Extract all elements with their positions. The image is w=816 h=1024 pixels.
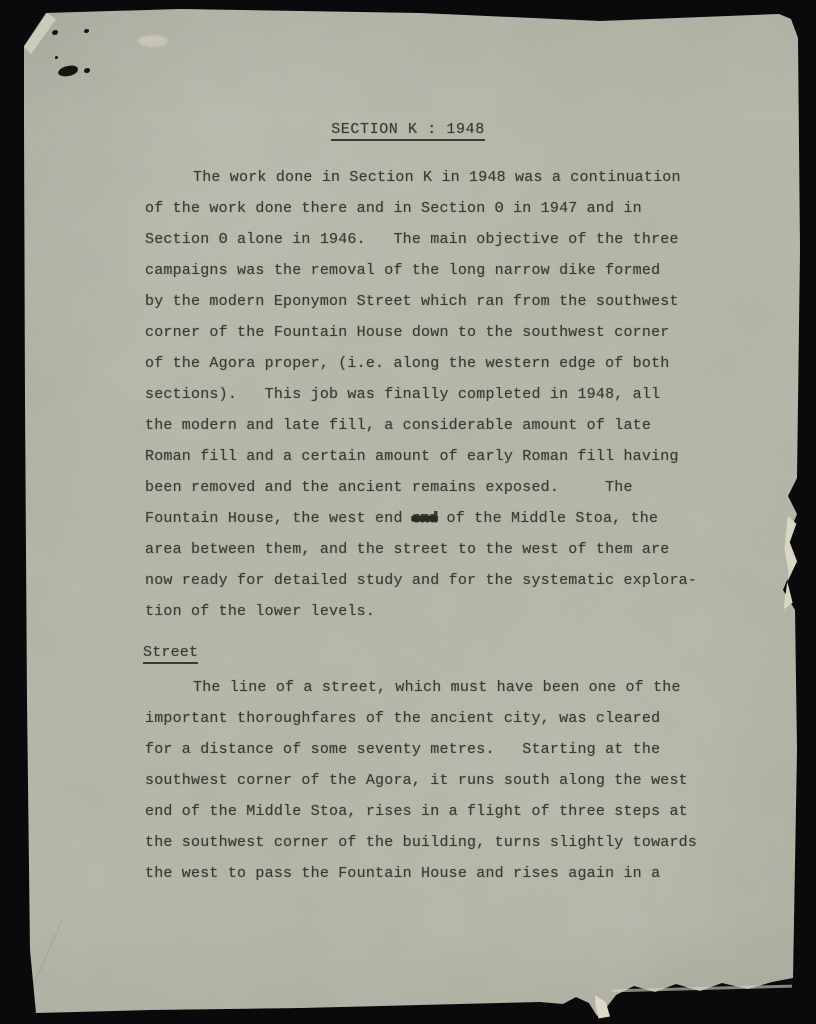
- street-heading: Street: [143, 644, 198, 661]
- typed-line: end of the Middle Stoa, rises in a fligh…: [145, 796, 697, 827]
- typed-line-with-correction: Fountain House, the west end end of the …: [145, 503, 697, 534]
- typed-text: Fountain House, the west end: [145, 510, 412, 527]
- ink-blob: [57, 65, 78, 78]
- typed-line: been removed and the ancient remains exp…: [145, 472, 697, 503]
- typed-line: important thoroughfares of the ancient c…: [145, 703, 697, 734]
- overtyped-word: end: [412, 510, 438, 527]
- typed-line: southwest corner of the Agora, it runs s…: [145, 765, 697, 796]
- paper-stain: [138, 35, 168, 47]
- typed-text: of the Middle Stoa, the: [437, 510, 658, 527]
- street-heading-text: Street: [143, 644, 198, 664]
- typed-line: The work done in Section K in 1948 was a…: [145, 162, 697, 193]
- typed-line: for a distance of some seventy metres. S…: [145, 734, 697, 765]
- typed-line: of the Agora proper, (i.e. along the wes…: [145, 348, 697, 379]
- paragraph-street: The line of a street, which must have be…: [145, 672, 697, 889]
- scanned-page-photo: SECTION K : 1948 The work done in Sectio…: [0, 0, 816, 1024]
- paper-crease: [15, 920, 64, 1024]
- ink-spot: [84, 29, 89, 33]
- typed-line: the southwest corner of the building, tu…: [145, 827, 697, 858]
- typed-line: sections). This job was finally complete…: [145, 379, 697, 410]
- typed-line: the west to pass the Fountain House and …: [145, 858, 697, 889]
- typed-line: the modern and late fill, a considerable…: [145, 410, 697, 441]
- typed-line: The line of a street, which must have be…: [145, 672, 697, 703]
- typed-line: campaigns was the removal of the long na…: [145, 255, 697, 286]
- ink-spot: [55, 56, 58, 59]
- paragraph-section-k: The work done in Section K in 1948 was a…: [145, 162, 697, 627]
- page-title: SECTION K : 1948: [0, 121, 816, 138]
- typed-line: Section Θ alone in 1946. The main object…: [145, 224, 697, 255]
- typed-line: of the work done there and in Section Θ …: [145, 193, 697, 224]
- paper-sheet: SECTION K : 1948 The work done in Sectio…: [0, 0, 816, 1024]
- typed-line: now ready for detailed study and for the…: [145, 565, 697, 596]
- page-title-text: SECTION K : 1948: [331, 121, 485, 141]
- ink-spot: [52, 30, 58, 35]
- typed-line: corner of the Fountain House down to the…: [145, 317, 697, 348]
- typed-line: tion of the lower levels.: [145, 596, 697, 627]
- ink-spot: [84, 68, 90, 73]
- typed-line: by the modern Eponymon Street which ran …: [145, 286, 697, 317]
- typed-line: area between them, and the street to the…: [145, 534, 697, 565]
- typed-line: Roman fill and a certain amount of early…: [145, 441, 697, 472]
